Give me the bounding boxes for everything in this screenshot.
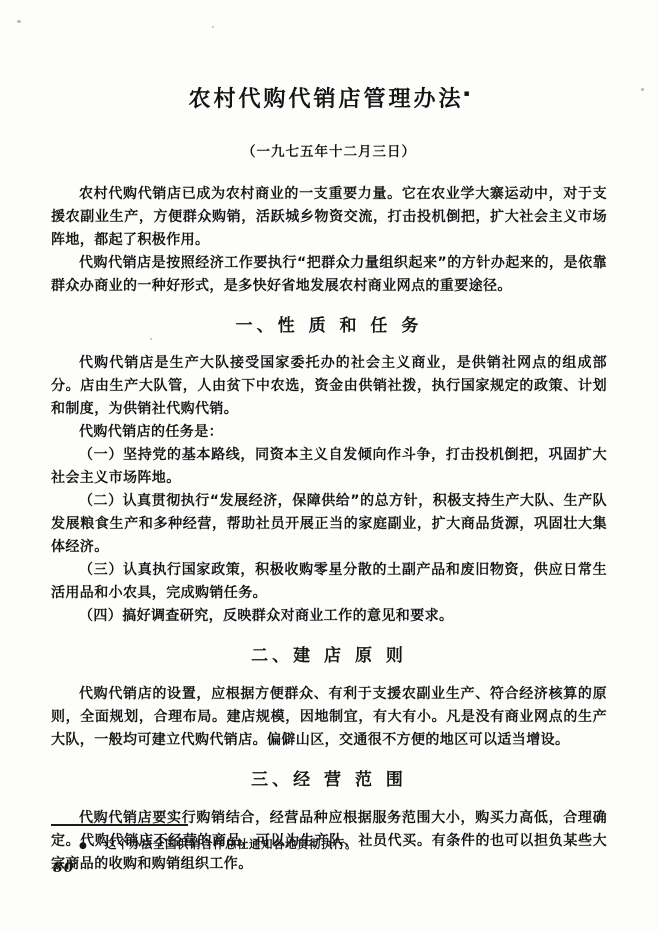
section-1-paragraph: （一）坚持党的基本路线，同资本主义自发倾向作斗争，打击投机倒把，巩固扩大社会主义… — [51, 444, 607, 490]
footnote-reference-marker: ▪ — [463, 89, 469, 99]
footnote-marker: ● — [79, 841, 105, 851]
document-title: 农村代购代销店管理办法▪ — [51, 0, 607, 115]
section-2-paragraph: 代购代销店的设置，应根据方便群众、有利于支援农副业生产、符合经济核算的原则，全面… — [51, 683, 607, 752]
intro-paragraph: 农村代购代销店已成为农村商业的一支重要力量。它在农业学大寨运动中，对于支援农副业… — [51, 183, 607, 252]
section-1-paragraph: （三）认真执行国家政策，积极收购零星分散的土副产品和废旧物资，供应日常生活用品和… — [51, 559, 607, 605]
page-number: 80 — [53, 860, 74, 876]
scanned-document-page: 农村代购代销店管理办法▪ （一九七五年十二月三日） 农村代购代销店已成为农村商业… — [0, 0, 658, 931]
section-1-body: 代购代销店是生产大队接受国家委托办的社会主义商业，是供销社网点的组成部分。店由生… — [51, 352, 607, 628]
footnote-text: 这个办法全国供销合作总社通知各地贯彻执行。 — [105, 837, 357, 851]
section-2-body: 代购代销店的设置，应根据方便群众、有利于支援农副业生产、符合经济核算的原则，全面… — [51, 683, 607, 752]
footnote-area: ●这个办法全国供销合作总社通知各地贯彻执行。 — [51, 824, 607, 852]
section-2-heading: 二、建 店 原 则 — [51, 645, 607, 669]
section-1-heading: 一、性 质 和 任 务 — [51, 315, 607, 339]
document-content: 农村代购代销店管理办法▪ （一九七五年十二月三日） 农村代购代销店已成为农村商业… — [0, 0, 658, 876]
scan-speckle — [212, 26, 214, 28]
section-1-paragraph: 代购代销店的任务是： — [51, 421, 607, 444]
footnote-divider — [51, 824, 188, 826]
document-title-text: 农村代购代销店管理办法 — [188, 87, 463, 112]
scan-speckle — [150, 338, 152, 340]
scan-speckle — [17, 20, 21, 23]
document-date: （一九七五年十二月三日） — [51, 140, 607, 160]
scan-speckle — [641, 88, 644, 91]
section-1-paragraph: （二）认真贯彻执行“发展经济，保障供给”的总方针，积极支持生产大队、生产队发展粮… — [51, 490, 607, 559]
section-1-paragraph: （四）搞好调查研究，反映群众对商业工作的意见和要求。 — [51, 605, 607, 628]
intro-block: 农村代购代销店已成为农村商业的一支重要力量。它在农业学大寨运动中，对于支援农副业… — [51, 183, 607, 298]
section-1-paragraph: 代购代销店是生产大队接受国家委托办的社会主义商业，是供销社网点的组成部分。店由生… — [51, 352, 607, 421]
intro-paragraph: 代购代销店是按照经济工作要执行“把群众力量组织起来”的方针办起来的，是依靠群众办… — [51, 252, 607, 298]
section-3-heading: 三、经 营 范 围 — [51, 769, 607, 793]
footnote: ●这个办法全国供销合作总社通知各地贯彻执行。 — [51, 836, 607, 852]
